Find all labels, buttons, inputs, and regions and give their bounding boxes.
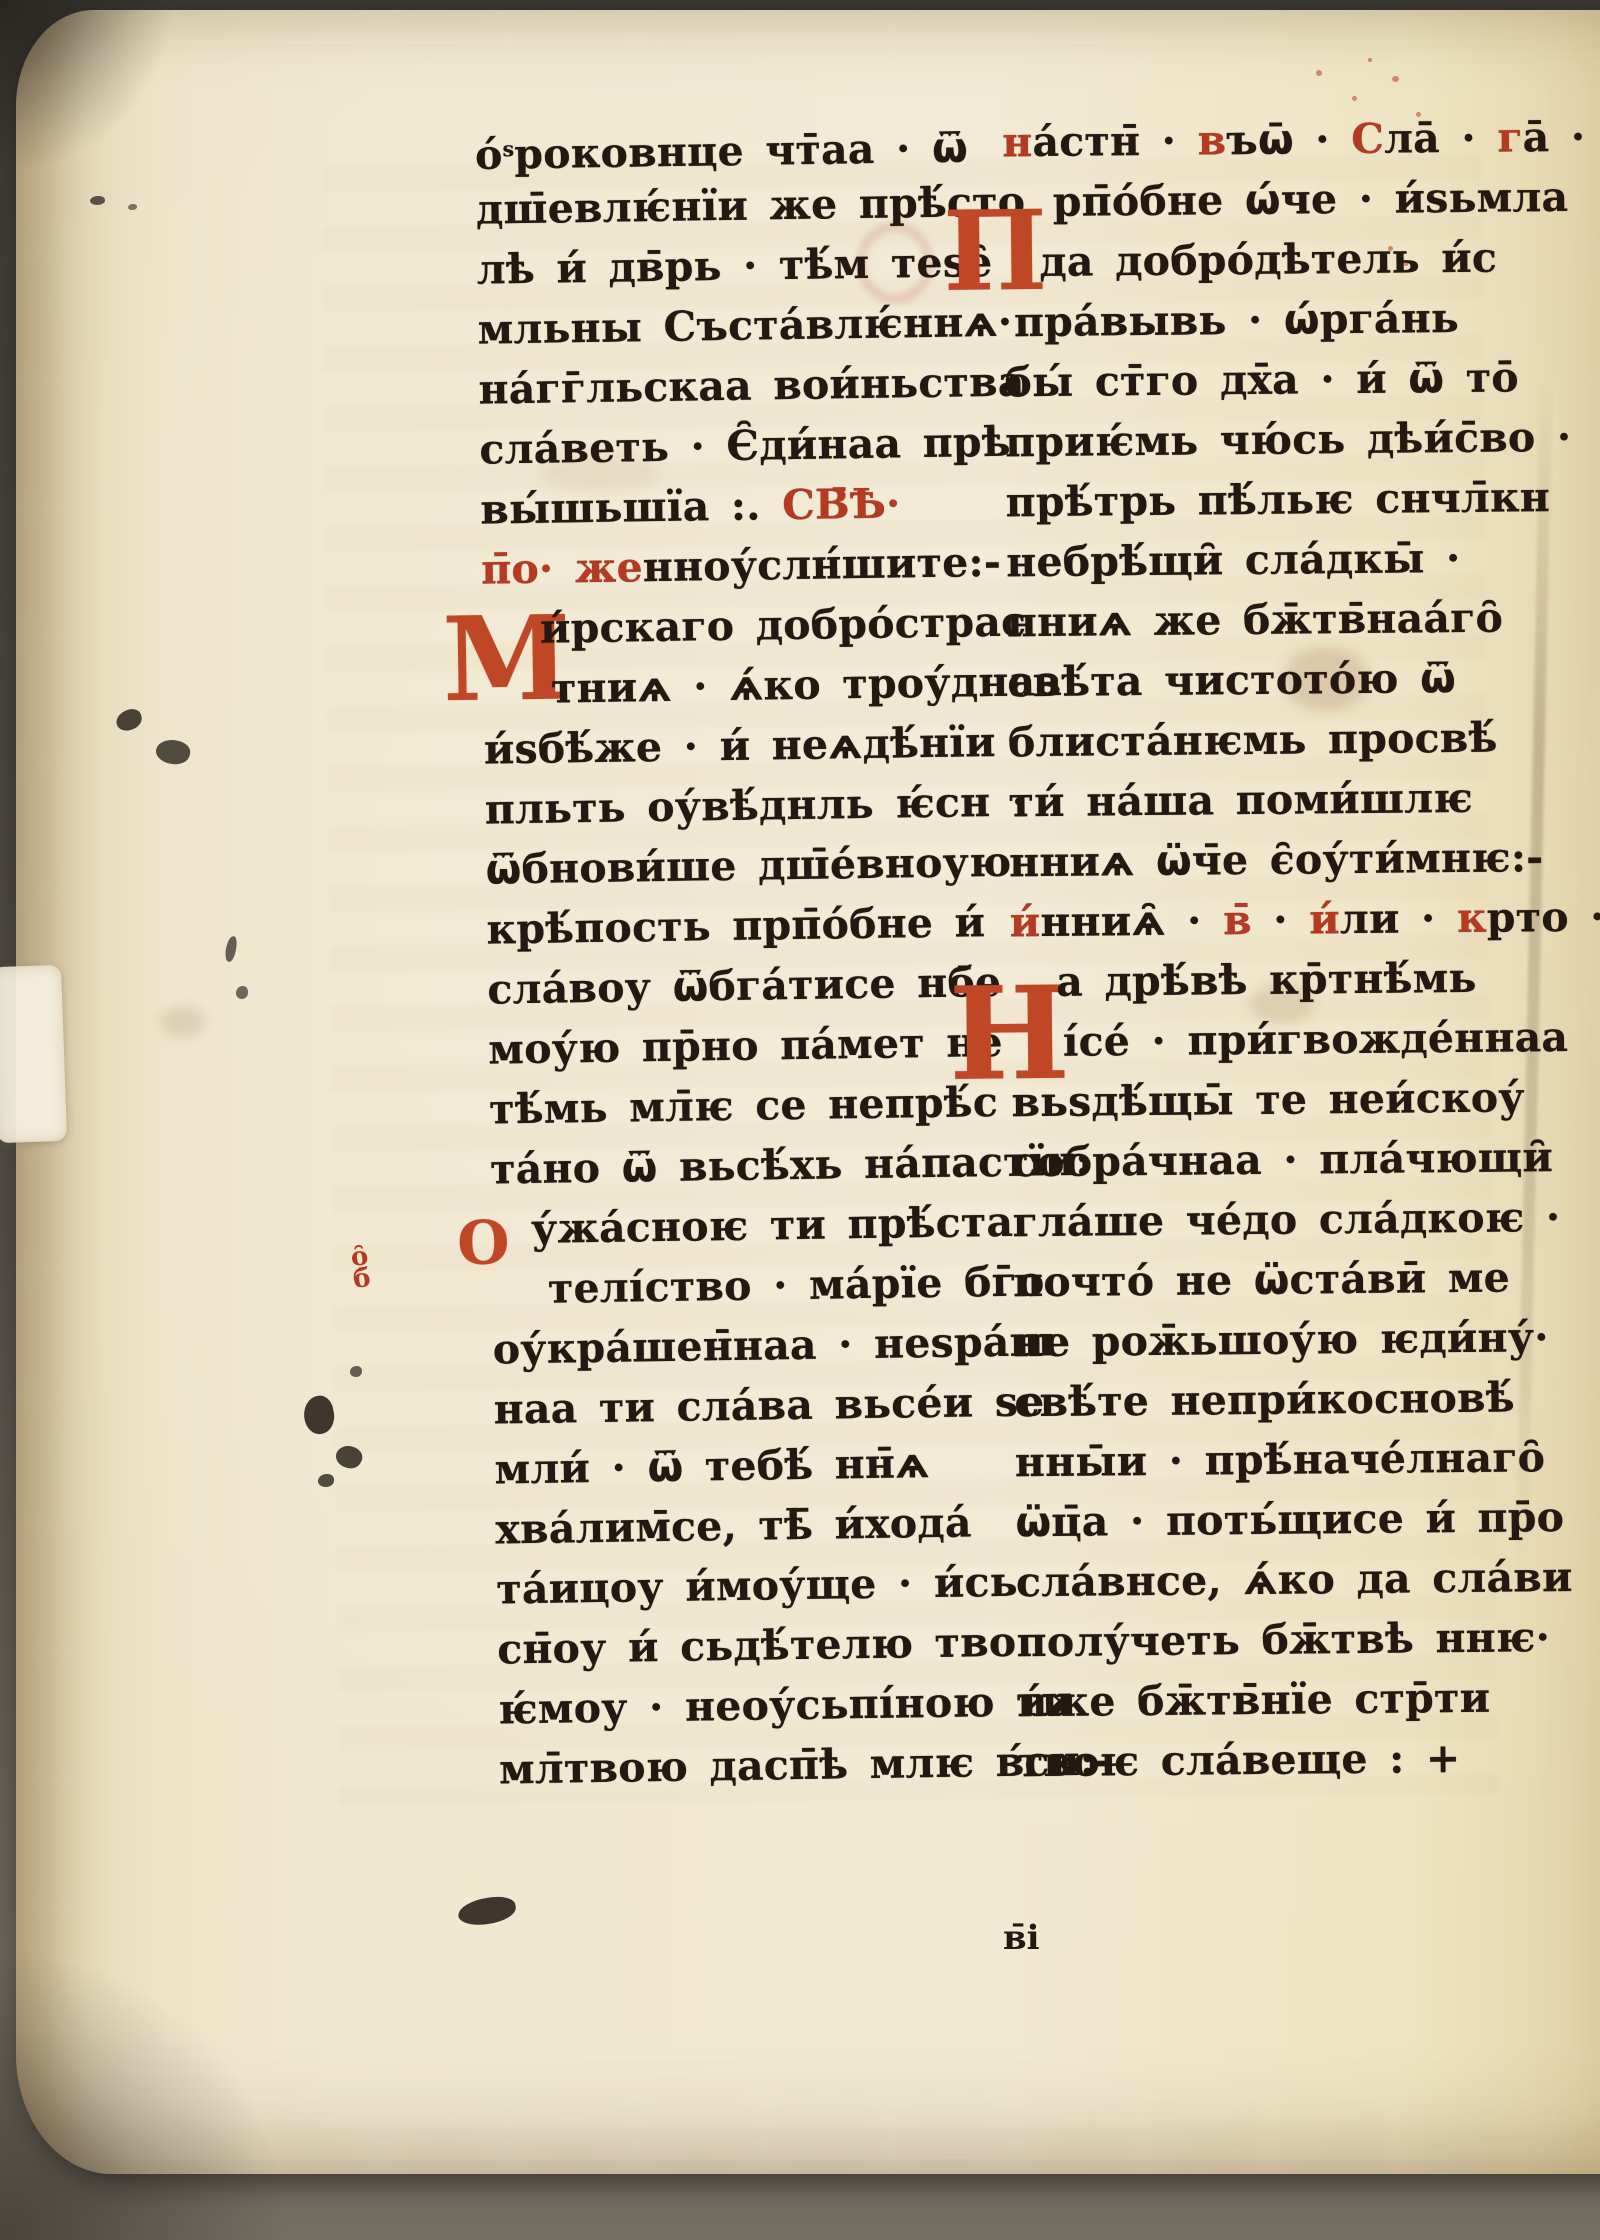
body-text: бы́ ст̄го дх̄а · и́ ѿ то̄ xyxy=(1004,353,1519,406)
body-text: почто́ не ѡ̈ста́вӣ ме xyxy=(1013,1254,1510,1307)
body-text: та́ицоу и́моу́ще · и́сь xyxy=(496,1558,1018,1614)
body-text: и́рскаго добро́страс xyxy=(540,598,1027,653)
text-line: наа ти сла́ва вьсе́и ѕе xyxy=(493,1374,976,1441)
body-text: · xyxy=(1252,895,1310,944)
text-line: пльть оу́вѣ́днль ѥ́сн · xyxy=(484,774,967,841)
body-text: хва́лим̄се, тѣ̄ и́хода́ xyxy=(495,1498,972,1553)
text-line: сн̄оу и́ сьдѣ́телю тво xyxy=(497,1614,980,1681)
rubric-text: в̄ xyxy=(1223,896,1252,944)
body-text: сла́внсе, ѧ́ко да сла́ви xyxy=(1016,1553,1573,1606)
text-line: блиста́нѥмь просвѣ́ xyxy=(1008,710,1491,775)
text-line: твоѥ сла́веще : + xyxy=(1017,1730,1500,1795)
text-line: вы́шьшїа :. СВ̄Ѣ· xyxy=(480,474,963,541)
text-line: почто́ не ѡ̈ста́вӣ ме xyxy=(1013,1250,1496,1315)
body-text: нниѧ ѡ̈ч̄е є̑оу́ти́мнѥ:- xyxy=(1009,833,1544,886)
text-line: мли́ · ѿ тебѣ́ нн̄ѧ xyxy=(494,1434,977,1501)
text-line: и́же бж̄тв̄нїе стр̄ти xyxy=(1017,1670,1500,1735)
body-text: тниѧ · ѧ́ко троу́днаа xyxy=(551,657,1063,713)
body-text: твоѥ сла́веще : + xyxy=(1018,1734,1461,1786)
body-text: о́ xyxy=(475,131,503,179)
text-line: сла́внсе, ѧ́ко да сла́ви xyxy=(1016,1550,1499,1615)
text-line: гла́ше че́до сла́дкоѥ · xyxy=(1012,1190,1495,1255)
text-column-right: на́стн̄ · въѡ̄ · Сла̄ · га̄ · в̄·Прп̄о́б… xyxy=(1002,110,1500,1795)
ink-blot xyxy=(128,204,137,210)
body-text: свѣ́та чистото́ю ѿ xyxy=(1007,654,1456,706)
top-left-corner-shadow xyxy=(0,0,190,170)
body-text: тѣ́мь мл̄ѥ се непрѣ́с xyxy=(489,1078,998,1134)
text-line: тниѧ · ѧ́ко троу́днаа xyxy=(483,654,966,721)
text-line: лѣ и́ дв̄рь · тѣ́м теѕе̑ xyxy=(476,235,959,302)
text-line: тѣ́мь мл̄ѥ се непрѣ́с xyxy=(489,1074,972,1141)
body-text: ли · xyxy=(1340,894,1458,943)
text-line: оу́кра́шен̄наа · неѕра́ш xyxy=(492,1314,975,1381)
manuscript-photo: о̑ б̄ о́ѕроковнце чт̄аа · ѿдш̄евлѥ́нїи ж… xyxy=(0,0,1600,2240)
text-line: свѣ́те непри́косновѣ́ xyxy=(1014,1370,1497,1435)
body-text: рто · xyxy=(1487,892,1600,941)
body-text: сн̄оу и́ сьдѣ́телю тво xyxy=(497,1618,1017,1674)
text-line: не рож̄ьшоу́ю ѥди́ну́· xyxy=(1013,1310,1496,1375)
ink-blot xyxy=(90,196,105,205)
body-text: та́но ѿ вьсѣ́хь на́пастїи: xyxy=(490,1137,1091,1194)
body-text: ла̄ · xyxy=(1384,114,1498,163)
body-text: сла́воу ѿбга́тисе нб̄е xyxy=(487,958,1002,1014)
body-text: а́стн̄ · xyxy=(1032,116,1198,166)
body-text: у́жа́сноѥ ти прѣ́ста xyxy=(531,1198,1014,1253)
body-text: мли́ · ѿ тебѣ́ нн̄ѧ xyxy=(494,1439,930,1493)
stain xyxy=(160,1006,206,1038)
text-line: пра́вывь · ѡ́рга́нь xyxy=(1004,290,1487,355)
body-text: а̄ · в̄· xyxy=(1522,112,1600,161)
text-line: и́ѕбѣ́же · и́ неѧдѣ́нїи xyxy=(483,714,966,781)
body-text: ѕ xyxy=(502,137,514,161)
body-text: роковнце чт̄аа · ѿ xyxy=(514,124,968,179)
text-line: сла́веть · Є̑ди́наа прѣ xyxy=(479,414,962,481)
bottom-left-corner-shadow xyxy=(0,1925,300,2240)
body-text: сла́веть · Є̑ди́наа прѣ xyxy=(479,418,1011,474)
body-text: и́ѕбѣ́же · и́ неѧдѣ́нїи xyxy=(484,718,996,774)
body-text: ѿбнови́ше дш̄е́вноую xyxy=(485,838,1011,894)
body-text: прѣ́трь пѣ́льѥ снчл̄кн xyxy=(1005,473,1550,526)
body-text: лѣ и́ дв̄рь · тѣ́м теѕе̑ xyxy=(476,238,992,294)
text-line: рп̄о́бне ѡ́че · и́ѕьмла xyxy=(1003,170,1486,235)
rubric-text: СВ̄Ѣ· xyxy=(782,479,901,529)
text-line: мл̄твою дасп̄ѣ млѥ в́сн:- xyxy=(499,1734,982,1801)
text-line: вьѕдѣ́щы̄ те неи́скоу́ xyxy=(1011,1070,1494,1135)
text-line: і́се́ · при́гвожде́ннаа xyxy=(1011,1010,1494,1075)
text-line: мльны Съста́влѥ́ннѧ· xyxy=(477,294,960,361)
text-line: моу́ю пр̄но па́мет не xyxy=(488,1014,971,1081)
body-text: ѡ̈ц̄а · поть́щисе и́ пр̄о xyxy=(1015,1493,1564,1546)
body-text: свѣ́те непри́косновѣ́ xyxy=(1014,1373,1515,1426)
text-line: ѡ̈ц̄а · поть́щисе и́ пр̄о xyxy=(1015,1490,1498,1555)
body-text: і́се́ · при́гвожде́ннаа xyxy=(1063,1013,1569,1066)
margin-gloss-bottom: б̄ xyxy=(352,1267,372,1291)
body-text: и́же бж̄тв̄нїе стр̄ти xyxy=(1017,1674,1490,1727)
text-line: собра́чнаа · пла́чющи̑ xyxy=(1012,1130,1495,1195)
body-text: крѣ́пость прп̄о́бне и́ xyxy=(486,898,985,953)
rubric-text: н xyxy=(1002,118,1033,166)
red-speck xyxy=(1392,76,1399,82)
body-text: наа ти сла́ва вьсе́и ѕе xyxy=(493,1377,1044,1433)
body-text: да добро́дѣтель и́с xyxy=(1039,234,1497,286)
text-line: телі́ство · ма́рїе бг̄о xyxy=(491,1254,974,1321)
rubric-text: к xyxy=(1457,894,1487,942)
body-text: рп̄о́бне ѡ́че · и́ѕьмла xyxy=(1053,173,1569,226)
text-line: та́ицоу и́моу́ще · и́сь xyxy=(496,1554,979,1621)
body-text: нниѧ же бж̄тв̄наа́го̑ xyxy=(1007,594,1504,647)
rubric-text: в xyxy=(1197,116,1226,164)
text-line: у́жа́сноѥ ти прѣ́ста xyxy=(491,1194,974,1261)
folio-number: в̄і xyxy=(1003,1918,1040,1958)
tape-patch xyxy=(0,965,67,1143)
body-text: вы́шьшїа :. xyxy=(480,481,783,533)
body-text: пльть оу́вѣ́днль ѥ́сн · xyxy=(484,778,1026,834)
text-line: и́нниѧ̑ · в̄ · и́ли · крто · в̄· xyxy=(1009,890,1492,955)
text-column-left: о́ѕроковнце чт̄аа · ѿдш̄евлѥ́нїи же прѣ́… xyxy=(475,115,982,1802)
rubric-text: и́ xyxy=(1309,895,1340,943)
rubric-text: С xyxy=(1351,115,1384,163)
body-text: приѥ́мь чю́сь дѣи́с̄во · xyxy=(1005,413,1572,466)
ink-blot xyxy=(350,1366,362,1377)
text-line: ѥ́моу · неоу́сьпі́ною ти xyxy=(498,1674,981,1741)
body-text: на́гг̄льскаа вои́ньства xyxy=(478,358,1025,414)
body-text: а дрѣ́вѣ кр̄тнѣ́мь xyxy=(1056,954,1477,1006)
body-text: нниѧ̑ · xyxy=(1040,896,1223,946)
text-line: прѣ́трь пѣ́льѥ снчл̄кн xyxy=(1005,470,1488,535)
text-line: нниѧ же бж̄тв̄наа́го̑ xyxy=(1007,590,1490,655)
body-text: собра́чнаа · пла́чющи̑ xyxy=(1012,1133,1553,1186)
body-text: мльны Съста́влѥ́ннѧ· xyxy=(477,298,1012,354)
body-text: ъѡ̄ · xyxy=(1226,115,1351,164)
text-line: дш̄евлѥ́нїи же прѣ́сто xyxy=(475,175,958,242)
body-text: пра́вывь · ѡ́рга́нь xyxy=(1014,294,1459,346)
ink-blot xyxy=(318,1474,334,1487)
red-speck xyxy=(1352,96,1357,101)
text-line: ѿбнови́ше дш̄е́вноую xyxy=(485,834,968,901)
text-line: на́стн̄ · въѡ̄ · Сла̄ · га̄ · в̄· xyxy=(1002,110,1485,175)
red-speck xyxy=(1316,70,1322,76)
text-line: ти́ на́ша поми́шлѥ xyxy=(1008,770,1491,835)
text-line: приѥ́мь чю́сь дѣи́с̄во · xyxy=(1005,410,1488,475)
body-text: оу́кра́шен̄наа · неѕра́ш xyxy=(492,1317,1054,1373)
text-line: а дрѣ́вѣ кр̄тнѣ́мь xyxy=(1010,950,1493,1015)
text-line: о́ѕроковнце чт̄аа · ѿ xyxy=(475,115,958,182)
body-text: не рож̄ьшоу́ю ѥди́ну́· xyxy=(1014,1313,1549,1366)
text-line: свѣ́та чистото́ю ѿ xyxy=(1007,650,1490,715)
body-text: полу́четь бж̄твѣ ннѥ· xyxy=(1016,1613,1550,1666)
text-line: небрѣ́щи̑ сла́дкы̄ · xyxy=(1006,530,1489,595)
text-line: та́но ѿ вьсѣ́хь на́пастїи: xyxy=(490,1134,973,1201)
body-text: гла́ше че́до сла́дкоѥ · xyxy=(1012,1193,1560,1246)
rubric-text: п̄о· же xyxy=(481,543,643,593)
body-text: вьѕдѣ́щы̄ те неи́скоу́ xyxy=(1011,1073,1525,1126)
rubric-text: г xyxy=(1497,113,1523,161)
text-line: бы́ ст̄го дх̄а · и́ ѿ то̄ xyxy=(1004,350,1487,415)
body-text: моу́ю пр̄но па́мет не xyxy=(488,1018,1003,1074)
body-text: ти́ на́ша поми́шлѥ xyxy=(1008,774,1473,826)
body-text: телі́ство · ма́рїе бг̄о xyxy=(548,1257,1045,1312)
text-line: крѣ́пость прп̄о́бне и́ xyxy=(486,894,969,961)
text-line: хва́лим̄се, тѣ̄ и́хода́ xyxy=(495,1494,978,1561)
text-line: да добро́дѣтель и́с xyxy=(1003,230,1486,295)
ink-blot xyxy=(236,986,248,999)
rubric-text: и́ xyxy=(1009,898,1040,946)
text-line: полу́четь бж̄твѣ ннѥ· xyxy=(1016,1610,1499,1675)
text-line: на́гг̄льскаа вои́ньства xyxy=(478,354,961,421)
text-line: нны̄и · прѣ́наче́лнаго̑ xyxy=(1015,1430,1498,1495)
text-line: нниѧ ѡ̈ч̄е є̑оу́ти́мнѥ:- xyxy=(1009,830,1492,895)
body-text: блиста́нѥмь просвѣ́ xyxy=(1008,714,1498,767)
text-line: и́рскаго добро́страс xyxy=(482,594,965,661)
red-speck xyxy=(1368,58,1372,62)
body-text: нны̄и · прѣ́наче́лнаго̑ xyxy=(1015,1433,1546,1486)
body-text: ѥ́моу · неоу́сьпі́ною ти xyxy=(498,1677,1073,1734)
body-text: нноу́слн́шите:- xyxy=(642,538,1001,591)
text-line: сла́воу ѿбга́тисе нб̄е xyxy=(487,954,970,1021)
body-text: небрѣ́щи̑ сла́дкы̄ · xyxy=(1006,534,1461,586)
